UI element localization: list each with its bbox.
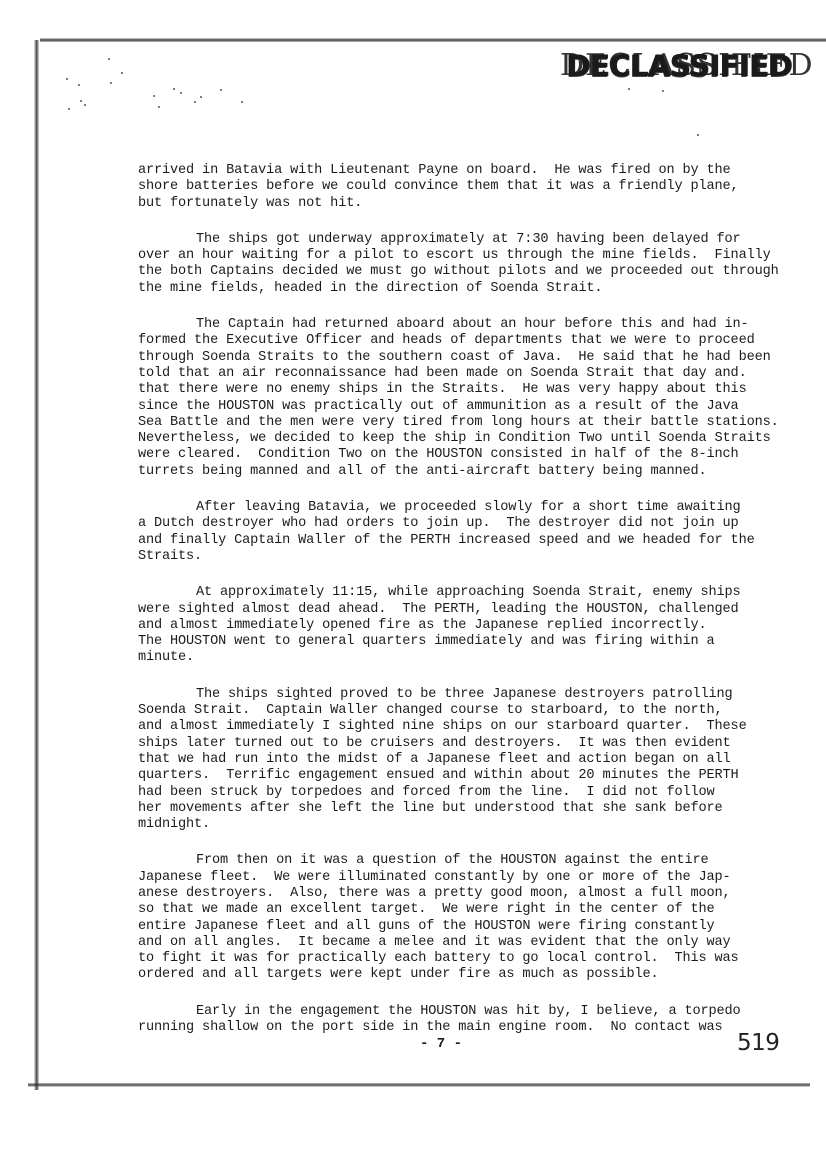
text-line: and almost immediately opened fire as th…	[138, 618, 798, 634]
text-line: and finally Captain Waller of the PERTH …	[138, 533, 798, 549]
scan-border-left	[34, 40, 39, 1090]
document-body: arrived in Batavia with Lieutenant Payne…	[138, 163, 798, 1056]
text-line: The ships sighted proved to be three Jap…	[138, 687, 798, 703]
text-line: The HOUSTON went to general quarters imm…	[138, 634, 798, 650]
paragraph-1: arrived in Batavia with Lieutenant Payne…	[138, 163, 798, 212]
document-number: 519	[737, 1030, 779, 1056]
scan-border-top	[40, 38, 826, 42]
text-line: The Captain had returned aboard about an…	[138, 317, 798, 333]
paragraph-4: After leaving Batavia, we proceeded slow…	[138, 500, 798, 565]
text-line: anese destroyers. Also, there was a pret…	[138, 886, 798, 902]
text-line: the mine fields, headed in the direction…	[138, 281, 798, 297]
text-line: From then on it was a question of the HO…	[138, 853, 798, 869]
text-line: the both Captains decided we must go wit…	[138, 264, 798, 280]
text-line: Nevertheless, we decided to keep the shi…	[138, 431, 798, 447]
text-line: her movements after she left the line bu…	[138, 801, 798, 817]
text-line: over an hour waiting for a pilot to esco…	[138, 248, 798, 264]
text-line: Sea Battle and the men were very tired f…	[138, 415, 798, 431]
text-line: had been struck by torpedoes and forced …	[138, 785, 798, 801]
text-line: ordered and all targets were kept under …	[138, 967, 798, 983]
text-line: entire Japanese fleet and all guns of th…	[138, 919, 798, 935]
paragraph-7: From then on it was a question of the HO…	[138, 853, 798, 983]
text-line: and almost immediately I sighted nine sh…	[138, 719, 798, 735]
text-line: were cleared. Condition Two on the HOUST…	[138, 447, 798, 463]
paragraph-5: At approximately 11:15, while approachin…	[138, 585, 798, 666]
text-line: ships later turned out to be cruisers an…	[138, 736, 798, 752]
text-line: After leaving Batavia, we proceeded slow…	[138, 500, 798, 516]
text-line: arrived in Batavia with Lieutenant Payne…	[138, 163, 798, 179]
text-line: since the HOUSTON was practically out of…	[138, 399, 798, 415]
text-line: and on all angles. It became a melee and…	[138, 935, 798, 951]
text-line: through Soenda Straits to the southern c…	[138, 350, 798, 366]
paragraph-2: The ships got underway approximately at …	[138, 232, 798, 297]
paragraph-6: The ships sighted proved to be three Jap…	[138, 687, 798, 834]
text-line: turrets being manned and all of the anti…	[138, 464, 798, 480]
text-line: minute.	[138, 650, 798, 666]
text-line: Straits.	[138, 549, 798, 565]
text-line: The ships got underway approximately at …	[138, 232, 798, 248]
text-line: shore batteries before we could convince…	[138, 179, 798, 195]
text-line: a Dutch destroyer who had orders to join…	[138, 516, 798, 532]
text-line: At approximately 11:15, while approachin…	[138, 585, 798, 601]
text-line: quarters. Terrific engagement ensued and…	[138, 768, 798, 784]
paragraph-3: The Captain had returned aboard about an…	[138, 317, 798, 480]
text-line: told that an air reconnaissance had been…	[138, 366, 798, 382]
text-line: running shallow on the port side in the …	[138, 1020, 798, 1036]
paragraph-8: Early in the engagement the HOUSTON was …	[138, 1004, 798, 1037]
text-line: so that we made an excellent target. We …	[138, 902, 798, 918]
text-line: Japanese fleet. We were illuminated cons…	[138, 870, 798, 886]
text-line: Soenda Strait. Captain Waller changed co…	[138, 703, 798, 719]
text-line: to fight it was for practically each bat…	[138, 951, 798, 967]
stamp-overprint-text: DECLASSIFIED	[566, 46, 792, 86]
text-line: that there were no enemy ships in the St…	[138, 382, 798, 398]
text-line: Early in the engagement the HOUSTON was …	[138, 1004, 798, 1020]
text-line: were sighted almost dead ahead. The PERT…	[138, 602, 798, 618]
scan-border-bottom	[28, 1083, 810, 1087]
text-line: midnight.	[138, 817, 798, 833]
text-line: but fortunately was not hit.	[138, 196, 798, 212]
page-number: - 7 -	[420, 1036, 462, 1052]
text-line: that we had run into the midst of a Japa…	[138, 752, 798, 768]
text-line: formed the Executive Officer and heads o…	[138, 333, 798, 349]
